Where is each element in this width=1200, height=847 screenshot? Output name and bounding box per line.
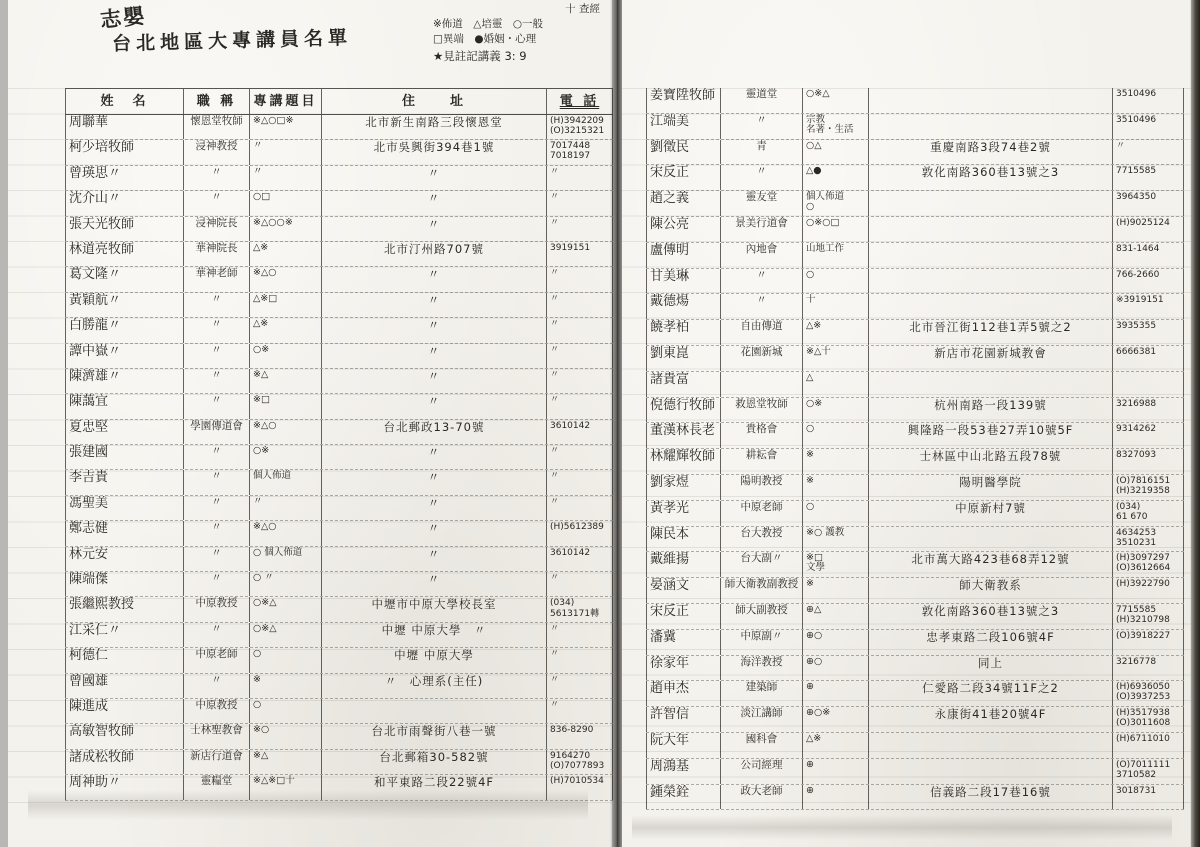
cell-name: 董漢林長老 — [646, 423, 720, 448]
cell-phone: (O)7816151 (H)3219358 — [1112, 475, 1184, 500]
cell-address: 重慶南路3段74巷2號 — [868, 140, 1112, 165]
cell-address: 和平東路二段22號4F — [321, 775, 546, 799]
cell-address — [868, 372, 1112, 397]
table-row: 周神助〃靈糧堂※△※□十和平東路二段22號4F(H)7010534 — [65, 775, 613, 800]
cell-topics: ※○ — [249, 724, 321, 748]
cell-topics: ○※△ — [802, 88, 868, 113]
cell-address: 〃 — [321, 547, 546, 571]
cell-phone: (H)9025124 — [1112, 217, 1184, 242]
cell-address — [868, 114, 1112, 139]
page-left: 志嬰 台北地區大專講員名單 十 查經 ※佈道 △培靈 ○一般 □異端 ●婚姻・心… — [8, 0, 612, 847]
cell-topics: 宗教 名著・生活 — [802, 114, 868, 139]
cell-phone: 〃 — [546, 191, 613, 215]
cell-name: 劉徵民 — [646, 140, 720, 165]
table-row: 高敏智牧師士林聖教會※○台北市雨聲街八巷一號836-8290 — [65, 724, 613, 749]
cell-name: 張建國 — [65, 445, 183, 469]
cell-address: 新店市花園新城教會 — [868, 346, 1112, 371]
cell-address: 〃 — [321, 344, 546, 368]
cell-title: 公司經理 — [720, 759, 802, 784]
cell-phone: (H)3922790 — [1112, 578, 1184, 603]
cell-phone: 836-8290 — [546, 724, 613, 748]
cell-title: 〃 — [183, 521, 249, 545]
cell-title — [720, 372, 802, 397]
cell-title: 〃 — [183, 191, 249, 215]
cell-name: 白勝龍〃 — [65, 318, 183, 342]
cell-title: 淡江講師 — [720, 707, 802, 732]
cell-address: 中壢 中原大學 — [321, 648, 546, 672]
cell-title: 建築師 — [720, 681, 802, 706]
cell-address: 台北市雨聲街八巷一號 — [321, 724, 546, 748]
cell-topics: △※□ — [249, 293, 321, 317]
table-row: 陳端傑〃○ 〃〃〃 — [65, 572, 613, 597]
table-row: 許智信淡江講師⊕○※永康街41巷20號4F(H)3517938 (O)30116… — [646, 707, 1184, 733]
cell-topics: ○※△ — [249, 623, 321, 647]
cell-name: 晏涵文 — [646, 578, 720, 603]
cell-title: 〃 — [720, 294, 802, 319]
cell-address: 〃 — [321, 267, 546, 291]
cell-address — [868, 269, 1112, 294]
cell-name: 林道亮牧師 — [65, 242, 183, 266]
table-row: 柯少培牧師浸神教授〃北市吳興街394巷1號7017448 7018197 — [65, 140, 613, 165]
cell-title: 政大老師 — [720, 785, 802, 810]
cell-name: 陳公亮 — [646, 217, 720, 242]
cell-title: 〃 — [183, 166, 249, 190]
cell-name: 陳端傑 — [65, 572, 183, 596]
cell-name: 潘冀 — [646, 630, 720, 655]
cell-address: 士林區中山北路五段78號 — [868, 449, 1112, 474]
table-row: 周鴻基公司經理⊕(O)7011111 3710582 — [646, 759, 1184, 785]
table-row: 林耀輝牧師耕耘會※士林區中山北路五段78號8327093 — [646, 449, 1184, 475]
table-row: 白勝龍〃〃△※〃〃 — [65, 318, 613, 343]
cell-address: 陽明醫學院 — [868, 475, 1112, 500]
table-row: 張天光牧師浸神院長※△○○※〃〃 — [65, 217, 613, 242]
cell-topics: ※△○○※ — [249, 217, 321, 241]
cell-topics: 個人佈道 — [249, 470, 321, 494]
cell-topics: ⊕△ — [802, 604, 868, 629]
cell-name: 馮聖美 — [65, 496, 183, 520]
table-row: 盧傳明內地會山地工作831-1464 — [646, 243, 1184, 269]
cell-topics: △※ — [802, 733, 868, 758]
cell-title: 士林聖教會 — [183, 724, 249, 748]
cell-address: 〃 — [321, 496, 546, 520]
table-row: 董漢林長老貴格會○興隆路一段53巷27弄10號5F9314262 — [646, 423, 1184, 449]
table-row: 劉家煜陽明教授※陽明醫學院(O)7816151 (H)3219358 — [646, 475, 1184, 501]
cell-topics: ⊕○ — [802, 630, 868, 655]
cell-title: 〃 — [183, 623, 249, 647]
cell-phone: 3018731 — [1112, 785, 1184, 810]
cell-address — [868, 733, 1112, 758]
cell-topics: 〃 — [249, 140, 321, 164]
header-row: 姓 名職 稱專講題目住 址電 話 — [65, 88, 613, 115]
cell-title: 中原老師 — [720, 501, 802, 526]
cell-name: 夏忠堅 — [65, 420, 183, 444]
table-row: 陳民本台大教授※○ 護教4634253 3510231 — [646, 527, 1184, 553]
cell-title: 景美行道會 — [720, 217, 802, 242]
table-row: 宋反正師大副教授⊕△敦化南路360巷13號之37715585 (H)321079… — [646, 604, 1184, 630]
table-row: 徐家年海洋教授⊕○同上3216778 — [646, 656, 1184, 682]
cell-title: 靈友堂 — [720, 191, 802, 216]
cell-address: 中壢 中原大學 〃 — [321, 623, 546, 647]
table-row: 姜寶陞牧師靈道堂○※△3510496 — [646, 88, 1184, 114]
cell-address: 〃 — [321, 293, 546, 317]
cell-name: 沈介山〃 — [65, 191, 183, 215]
cell-address: 永康街41巷20號4F — [868, 707, 1112, 732]
cell-name: 盧傳明 — [646, 243, 720, 268]
cell-address — [868, 88, 1112, 113]
cell-title: 靈道堂 — [720, 88, 802, 113]
symbol-legend: 十 查經 ※佈道 △培靈 ○一般 □異端 ●婚姻・心理 ★見註記講義 3: 9 — [433, 2, 618, 64]
cell-address: 〃 — [321, 521, 546, 545]
cell-phone: 4634253 3510231 — [1112, 527, 1184, 552]
cell-name: 林元安 — [65, 547, 183, 571]
cell-phone: (H)5612389 — [546, 521, 613, 545]
cell-phone: 〃 — [546, 318, 613, 342]
cell-phone: 〃 — [546, 445, 613, 469]
table-row: 陳公亮景美行道會○※○□(H)9025124 — [646, 217, 1184, 243]
cell-phone: 3935355 — [1112, 320, 1184, 345]
cell-title: 華神院長 — [183, 242, 249, 266]
cell-phone: 7715585 — [1112, 165, 1184, 190]
cell-phone: 6666381 — [1112, 346, 1184, 371]
cell-topics: △● — [802, 165, 868, 190]
cell-title: 〃 — [183, 344, 249, 368]
cell-topics: ⊕ — [802, 785, 868, 810]
scanned-document: 志嬰 台北地區大專講員名單 十 查經 ※佈道 △培靈 ○一般 □異端 ●婚姻・心… — [0, 0, 1200, 847]
cell-name: 陳藹宜 — [65, 394, 183, 418]
cell-title: 〃 — [720, 269, 802, 294]
table-row: 陳濟雄〃〃※△〃〃 — [65, 369, 613, 394]
cell-name: 劉家煜 — [646, 475, 720, 500]
cell-topics: 十 — [802, 294, 868, 319]
cell-name: 周神助〃 — [65, 775, 183, 799]
cell-phone: 9314262 — [1112, 423, 1184, 448]
table-row: 戴維揚台大副〃※□ 文學北市萬大路423巷68弄12號(H)3097297 (O… — [646, 552, 1184, 578]
cell-topics: ⊕ — [802, 759, 868, 784]
cell-phone: 3216988 — [1112, 398, 1184, 423]
cell-phone: 〃 — [546, 394, 613, 418]
cell-name: 曾瑛思〃 — [65, 166, 183, 190]
cell-name: 鄭志健 — [65, 521, 183, 545]
table-row: 馮聖美〃〃〃〃 — [65, 496, 613, 521]
cell-name: 陳進成 — [65, 699, 183, 723]
cell-title: 〃 — [183, 496, 249, 520]
column-header: 姓 名 — [65, 89, 183, 114]
cell-title: 內地會 — [720, 243, 802, 268]
cell-title: 〃 — [183, 547, 249, 571]
cell-address — [868, 527, 1112, 552]
cell-address: 仁愛路二段34號11F之2 — [868, 681, 1112, 706]
table-row: 江采仁〃〃○※△中壢 中原大學 〃〃 — [65, 623, 613, 648]
cell-title: 中原老師 — [183, 648, 249, 672]
cell-topics: ○ — [249, 699, 321, 723]
cell-address: 〃 — [321, 166, 546, 190]
cell-title: 中原教授 — [183, 699, 249, 723]
cell-address: 信義路二段17巷16號 — [868, 785, 1112, 810]
cell-title: 〃 — [183, 572, 249, 596]
cell-name: 諸貴富 — [646, 372, 720, 397]
cell-title: 學園傳道會 — [183, 420, 249, 444]
cell-topics: △ — [802, 372, 868, 397]
cell-title: 〃 — [183, 674, 249, 698]
cell-address: 北市萬大路423巷68弄12號 — [868, 552, 1112, 577]
table-row: 葛文隆〃華神老師※△○〃〃 — [65, 267, 613, 292]
cell-name: 周鴻基 — [646, 759, 720, 784]
cell-address: 中壢市中原大學校長室 — [321, 597, 546, 621]
cell-topics: ⊕ — [802, 681, 868, 706]
cell-name: 葛文隆〃 — [65, 267, 183, 291]
cell-topics: ○ — [802, 269, 868, 294]
cell-address: 興隆路一段53巷27弄10號5F — [868, 423, 1112, 448]
cell-address: 中原新村7號 — [868, 501, 1112, 526]
cell-phone: 3510496 — [1112, 88, 1184, 113]
cell-name: 黃穎航〃 — [65, 293, 183, 317]
cell-title: 〃 — [183, 445, 249, 469]
cell-topics: ※△○ — [249, 267, 321, 291]
roster-table-right: 姜寶陞牧師靈道堂○※△3510496江端美〃宗教 名著・生活3510496劉徵民… — [646, 88, 1184, 810]
cell-topics: ※ — [802, 449, 868, 474]
cell-topics: ※○ 護教 — [802, 527, 868, 552]
cell-name: 甘美琳 — [646, 269, 720, 294]
cell-phone: 7715585 (H)3210798 — [1112, 604, 1184, 629]
cell-name: 倪德行牧師 — [646, 398, 720, 423]
cell-topics: 山地工作 — [802, 243, 868, 268]
table-row: 潘冀中原副〃⊕○忠孝東路二段106號4F(O)3918227 — [646, 630, 1184, 656]
cell-address — [321, 699, 546, 723]
cell-topics: ※ — [249, 674, 321, 698]
cell-phone: 〃 — [546, 369, 613, 393]
cell-phone — [1112, 372, 1184, 397]
cell-address: 〃 — [321, 445, 546, 469]
cell-name: 饒孝柏 — [646, 320, 720, 345]
cell-topics: ⊕○ — [802, 656, 868, 681]
table-row: 鄭志健〃※△○〃(H)5612389 — [65, 521, 613, 546]
cell-topics: 〃 — [249, 166, 321, 190]
cell-name: 周聯華 — [65, 115, 183, 139]
column-header: 住 址 — [321, 89, 546, 114]
cell-name: 黃孝光 — [646, 501, 720, 526]
cell-address: 〃 — [321, 470, 546, 494]
cell-title: 〃 — [183, 293, 249, 317]
cell-address: 杭州南路一段139號 — [868, 398, 1112, 423]
cell-name: 譚中嶽〃 — [65, 344, 183, 368]
cell-title: 國科會 — [720, 733, 802, 758]
cell-name: 宋反正 — [646, 165, 720, 190]
cell-name: 諸成松牧師 — [65, 750, 183, 774]
cell-phone: (034) 5613171轉 — [546, 597, 613, 621]
table-row: 張繼熙教授中原教授○※△中壢市中原大學校長室(034) 5613171轉 — [65, 597, 613, 622]
cell-topics: ○ — [802, 501, 868, 526]
cell-phone: (H)7010534 — [546, 775, 613, 799]
cell-title: 台大副〃 — [720, 552, 802, 577]
table-row: 甘美琳〃○766-2660 — [646, 269, 1184, 295]
table-row: 黃穎航〃〃△※□〃〃 — [65, 293, 613, 318]
table-row: 鍾榮銓政大老師⊕信義路二段17巷16號3018731 — [646, 785, 1184, 811]
table-row: 周聯華懷恩堂牧師※△○□※北市新生南路三段懷恩堂(H)3942209 (O)32… — [65, 115, 613, 140]
cell-phone: 9164270 (O)7077893 — [546, 750, 613, 774]
cell-name: 江采仁〃 — [65, 623, 183, 647]
cell-topics: ※△※□十 — [249, 775, 321, 799]
cell-address: 〃 — [321, 217, 546, 241]
cell-name: 李吉貴 — [65, 470, 183, 494]
cell-title: 靈糧堂 — [183, 775, 249, 799]
cell-phone: ※3919151 — [1112, 294, 1184, 319]
cell-name: 宋反正 — [646, 604, 720, 629]
table-row: 陳藹宜〃※□〃〃 — [65, 394, 613, 419]
table-row: 趙申杰建築師⊕仁愛路二段34號11F之2(H)6936050 (O)393725… — [646, 681, 1184, 707]
table-row: 晏涵文師大衛教副教授※師大衛教系(H)3922790 — [646, 578, 1184, 604]
cell-address: 忠孝東路二段106號4F — [868, 630, 1112, 655]
table-row: 曾瑛思〃〃〃〃〃 — [65, 166, 613, 191]
cell-phone: 3610142 — [546, 420, 613, 444]
cell-name: 阮大年 — [646, 733, 720, 758]
cell-topics: ○※△ — [249, 597, 321, 621]
cell-phone: 〃 — [546, 648, 613, 672]
table-row: 諸成松牧師新店行道會※△台北郵箱30-582號9164270 (O)707789… — [65, 750, 613, 775]
cell-phone: 〃 — [1112, 140, 1184, 165]
cell-phone: 3610142 — [546, 547, 613, 571]
cell-name: 趙之義 — [646, 191, 720, 216]
legend-line-top: 十 查經 — [433, 2, 618, 17]
cell-phone: (034) 61 670 — [1112, 501, 1184, 526]
cell-title: 中原教授 — [183, 597, 249, 621]
cell-name: 許智信 — [646, 707, 720, 732]
cell-title: 〃 — [720, 114, 802, 139]
cell-phone: 〃 — [546, 217, 613, 241]
cell-topics: ○ 個人佈道 — [249, 547, 321, 571]
cell-phone: 8327093 — [1112, 449, 1184, 474]
cell-name: 陳民本 — [646, 527, 720, 552]
cell-title: 浸神教授 — [183, 140, 249, 164]
cell-name: 江端美 — [646, 114, 720, 139]
cell-phone: 3510496 — [1112, 114, 1184, 139]
legend-line-2: □異端 ●婚姻・心理 — [433, 32, 618, 47]
cell-phone: (H)6936050 (O)3937253 — [1112, 681, 1184, 706]
cell-name: 戴德煬 — [646, 294, 720, 319]
scan-edge — [1190, 0, 1200, 847]
cell-topics: △※ — [249, 318, 321, 342]
cell-name: 陳濟雄〃 — [65, 369, 183, 393]
cell-topics: ○※ — [249, 344, 321, 368]
cell-address — [868, 191, 1112, 216]
cell-address: 〃 — [321, 318, 546, 342]
cell-phone: 3919151 — [546, 242, 613, 266]
cell-title: 〃 — [720, 165, 802, 190]
cell-name: 林耀輝牧師 — [646, 449, 720, 474]
table-row: 沈介山〃〃○□〃〃 — [65, 191, 613, 216]
cell-address: 台北郵政13-70號 — [321, 420, 546, 444]
table-row: 戴德煬〃十※3919151 — [646, 294, 1184, 320]
cell-topics: ※△○ — [249, 521, 321, 545]
table-row: 曾國雄〃※〃 心理系(主任)〃 — [65, 674, 613, 699]
cell-topics: ⊕○※ — [802, 707, 868, 732]
cell-phone: (H)3517938 (O)3011608 — [1112, 707, 1184, 732]
cell-phone: (O)3918227 — [1112, 630, 1184, 655]
cell-name: 曾國雄 — [65, 674, 183, 698]
cell-title: 〃 — [183, 394, 249, 418]
legend-line-3: ★見註記講義 3: 9 — [433, 48, 618, 65]
cell-address: 敦化南路360巷13號之3 — [868, 165, 1112, 190]
cell-name: 徐家年 — [646, 656, 720, 681]
table-row: 宋反正〃△●敦化南路360巷13號之37715585 — [646, 165, 1184, 191]
column-header: 職 稱 — [183, 89, 249, 114]
cell-title: 救恩堂牧師 — [720, 398, 802, 423]
cell-topics: 〃 — [249, 496, 321, 520]
cell-address: 北市新生南路三段懷恩堂 — [321, 115, 546, 139]
table-row: 張建國〃○※〃〃 — [65, 445, 613, 470]
cell-topics: ※△十 — [802, 346, 868, 371]
roster-table-left: 姓 名職 稱專講題目住 址電 話周聯華懷恩堂牧師※△○□※北市新生南路三段懷恩堂… — [65, 88, 613, 801]
cell-topics: 個人佈道 ○ — [802, 191, 868, 216]
cell-phone: 〃 — [546, 623, 613, 647]
table-row: 江端美〃宗教 名著・生活3510496 — [646, 114, 1184, 140]
cell-title: 浸神院長 — [183, 217, 249, 241]
cell-title: 師大副教授 — [720, 604, 802, 629]
cell-name: 鍾榮銓 — [646, 785, 720, 810]
cell-title: 中原副〃 — [720, 630, 802, 655]
table-row: 譚中嶽〃〃○※〃〃 — [65, 344, 613, 369]
cell-topics: ○△ — [802, 140, 868, 165]
cell-topics: ※ — [802, 475, 868, 500]
cell-phone: 〃 — [546, 496, 613, 520]
cell-address: 〃 — [321, 394, 546, 418]
cell-name: 劉東崑 — [646, 346, 720, 371]
cell-phone: 3964350 — [1112, 191, 1184, 216]
cell-topics: ※△ — [249, 369, 321, 393]
cell-title: 海洋教授 — [720, 656, 802, 681]
cell-title: 自由傳道 — [720, 320, 802, 345]
cell-title: 貴格會 — [720, 423, 802, 448]
cell-title: 華神老師 — [183, 267, 249, 291]
cell-title: 台大教授 — [720, 527, 802, 552]
cell-address: 師大衛教系 — [868, 578, 1112, 603]
cell-phone: (H)3942209 (O)3215321 — [546, 115, 613, 139]
cell-title: 耕耘會 — [720, 449, 802, 474]
table-row: 諸貴富△ — [646, 372, 1184, 398]
cell-phone: 〃 — [546, 572, 613, 596]
cell-name: 柯少培牧師 — [65, 140, 183, 164]
cell-title: 〃 — [183, 369, 249, 393]
table-row: 黃孝光中原老師○中原新村7號(034) 61 670 — [646, 501, 1184, 527]
table-row: 趙之義靈友堂個人佈道 ○3964350 — [646, 191, 1184, 217]
cell-phone: (H)3097297 (O)3612664 — [1112, 552, 1184, 577]
cell-phone: (H)6711010 — [1112, 733, 1184, 758]
cell-name: 姜寶陞牧師 — [646, 88, 720, 113]
cell-address: 〃 — [321, 572, 546, 596]
cell-topics: ○※○□ — [802, 217, 868, 242]
cell-name: 高敏智牧師 — [65, 724, 183, 748]
cell-phone: 〃 — [546, 470, 613, 494]
cell-phone: 〃 — [546, 344, 613, 368]
cell-title: 〃 — [183, 470, 249, 494]
cell-topics: △※ — [249, 242, 321, 266]
cell-address: 〃 — [321, 369, 546, 393]
table-row: 饒孝柏自由傳道△※北市晉江街112巷1弄5號之23935355 — [646, 320, 1184, 346]
cell-phone: 〃 — [546, 293, 613, 317]
cell-phone: 〃 — [546, 674, 613, 698]
table-row: 劉徵民青○△重慶南路3段74巷2號〃 — [646, 140, 1184, 166]
cell-topics: ※△○ — [249, 420, 321, 444]
cell-address — [868, 217, 1112, 242]
cell-address: 北市吳興街394巷1號 — [321, 140, 546, 164]
scan-streak — [632, 815, 1172, 840]
cell-topics: ○※ — [249, 445, 321, 469]
cell-topics: ○ — [249, 648, 321, 672]
table-row: 李吉貴〃個人佈道〃〃 — [65, 470, 613, 495]
table-row: 陳進成中原教授○〃 — [65, 699, 613, 724]
cell-topics: ○※ — [802, 398, 868, 423]
cell-phone: 〃 — [546, 166, 613, 190]
table-row: 林道亮牧師華神院長△※北市汀州路707號3919151 — [65, 242, 613, 267]
